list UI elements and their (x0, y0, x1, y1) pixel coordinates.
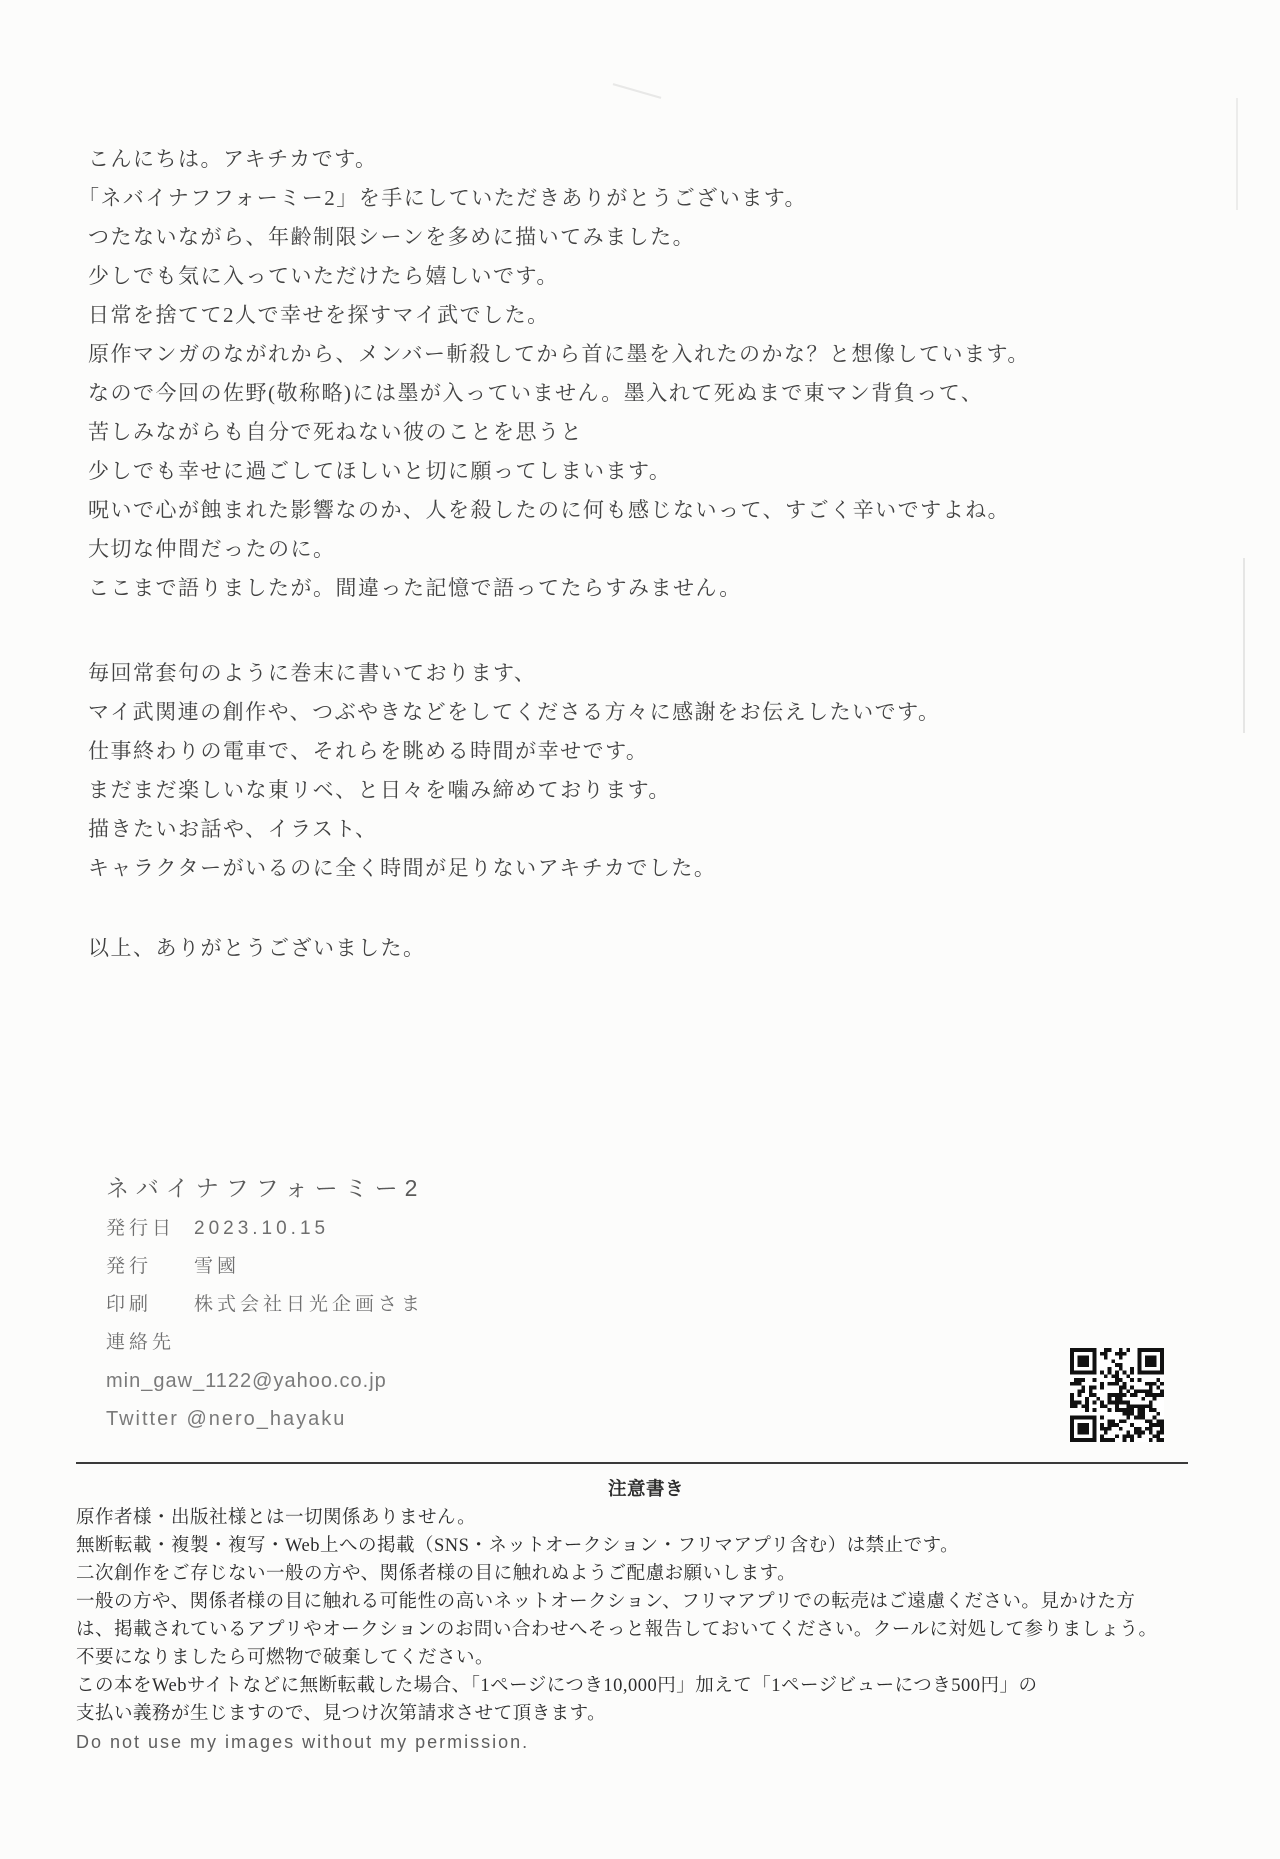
notice-line: は、掲載されているアプリやオークションのお問い合わせへそっと報告しておいてくださ… (76, 1616, 1216, 1644)
contact-email: min_gaw_1122@yahoo.co.jp (106, 1362, 806, 1400)
afterword-closing-line: 以上、ありがとうございました。 (88, 929, 1188, 968)
afterword-line: 毎回常套句のように巻末に書いております、 (88, 654, 1188, 693)
colophon-label: 発行 (106, 1248, 194, 1286)
afterword-line: 大切な仲間だったのに。 (88, 530, 1188, 569)
colophon-row-publish-date: 発行日 2023.10.15 (106, 1210, 806, 1248)
afterword-line: 原作マンガのながれから、メンバー斬殺してから首に墨を入れたのかな？と想像していま… (88, 335, 1188, 374)
colophon-row-printer: 印刷 株式会社日光企画さま (106, 1286, 806, 1324)
colophon: ネバイナフフォーミー2 発行日 2023.10.15 発行 雪國 印刷 株式会社… (106, 1166, 806, 1438)
notice-line: 一般の方や、関係者様の目に触れる可能性の高いネットオークション、フリマアプリでの… (76, 1588, 1216, 1616)
colophon-label: 発行日 (106, 1210, 194, 1248)
notice-line: 無断転載・複製・複写・Web上への掲載（SNS・ネットオークション・フリマアプリ… (76, 1532, 1216, 1560)
qr-code (1070, 1348, 1164, 1442)
afterword-line: 呪いで心が蝕まれた影響なのか、人を殺したのに何も感じないって、すごく辛いですよね… (88, 491, 1188, 530)
afterword-line: こんにちは。アキチカです。 (88, 140, 1188, 179)
scan-artifact (1236, 98, 1238, 210)
afterword-line: まだまだ楽しいな東リベ、と日々を噛み締めております。 (88, 771, 1188, 810)
paragraph-gap (88, 888, 1188, 929)
afterword-line: 日常を捨てて2人で幸せを探すマイ武でした。 (88, 296, 1188, 335)
colophon-row-publisher: 発行 雪國 (106, 1248, 806, 1286)
notice-line: この本をWebサイトなどに無断転載した場合、「1ページにつき10,000円」加え… (76, 1672, 1216, 1700)
afterword-line: 描きたいお話や、イラスト、 (88, 810, 1188, 849)
colophon-value: 雪國 (194, 1248, 240, 1286)
colophon-row-contact: 連絡先 (106, 1324, 806, 1362)
afterword-line: 仕事終わりの電車で、それらを眺める時間が幸せです。 (88, 732, 1188, 771)
afterword-line: 少しでも気に入っていただけたら嬉しいです。 (88, 257, 1188, 296)
colophon-label: 連絡先 (106, 1324, 194, 1362)
colophon-value: 2023.10.15 (194, 1210, 329, 1248)
afterword-line: マイ武関連の創作や、つぶやきなどをしてくださる方々に感謝をお伝えしたいです。 (88, 693, 1188, 732)
afterword-line: キャラクターがいるのに全く時間が足りないアキチカでした。 (88, 849, 1188, 888)
afterword-line: なので今回の佐野(敬称略)には墨が入っていません。墨入れて死ぬまで東マン背負って… (88, 374, 1188, 413)
afterword-line: つたないながら、年齢制限シーンを多めに描いてみました。 (88, 218, 1188, 257)
afterword-line: ここまで語りましたが。間違った記憶で語ってたらすみません。 (88, 569, 1188, 608)
scan-artifact (613, 83, 662, 99)
colophon-value: 株式会社日光企画さま (194, 1286, 424, 1324)
afterword-line: 少しでも幸せに過ごしてほしいと切に願ってしまいます。 (88, 452, 1188, 491)
section-divider (76, 1462, 1188, 1464)
colophon-label: 印刷 (106, 1286, 194, 1324)
notice-line: 不要になりましたら可燃物で破棄してください。 (76, 1644, 1216, 1672)
qr-code-image (1070, 1348, 1164, 1442)
notice-line: 二次創作をご存じない一般の方や、関係者様の目に触れぬようご配慮お願いします。 (76, 1560, 1216, 1588)
afterword-line: 苦しみながらも自分で死ねない彼のことを思うと (88, 413, 1188, 452)
afterword-line: 「ネバイナフフォーミー2」を手にしていただきありがとうございます。 (78, 179, 1188, 218)
notice-section: 注意書き 原作者様・出版社様とは一切関係ありません。 無断転載・複製・複写・We… (76, 1476, 1216, 1756)
book-title: ネバイナフフォーミー2 (106, 1166, 806, 1210)
notice-heading: 注意書き (76, 1476, 1216, 1504)
scan-artifact (1243, 558, 1245, 733)
scanned-afterword-page: こんにちは。アキチカです。 「ネバイナフフォーミー2」を手にしていただきありがと… (0, 0, 1280, 1859)
contact-twitter: Twitter @nero_hayaku (106, 1400, 806, 1438)
notice-line: 支払い義務が生じますので、見つけ次第請求させて頂きます。 (76, 1700, 1216, 1728)
notice-line-english: Do not use my images without my permissi… (76, 1728, 1216, 1756)
notice-line: 原作者様・出版社様とは一切関係ありません。 (76, 1504, 1216, 1532)
paragraph-gap (88, 608, 1188, 654)
afterword-text: こんにちは。アキチカです。 「ネバイナフフォーミー2」を手にしていただきありがと… (88, 140, 1188, 968)
